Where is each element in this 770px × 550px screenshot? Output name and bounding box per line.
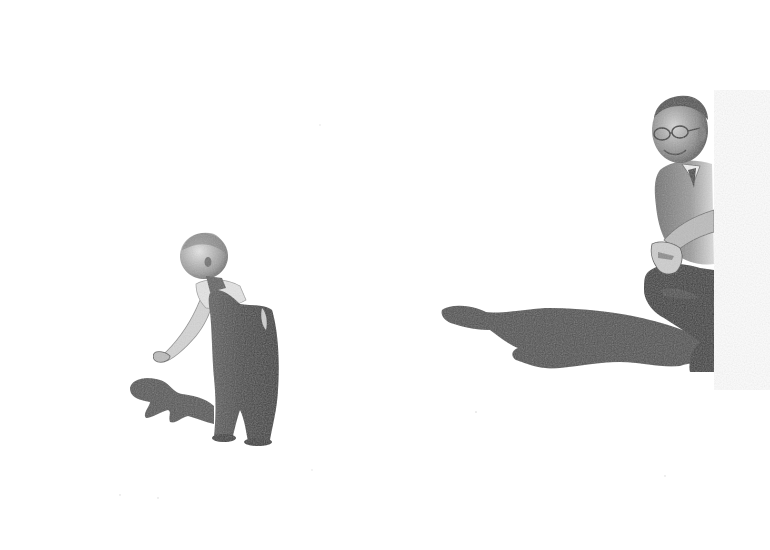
pencil-drawing <box>0 0 770 550</box>
